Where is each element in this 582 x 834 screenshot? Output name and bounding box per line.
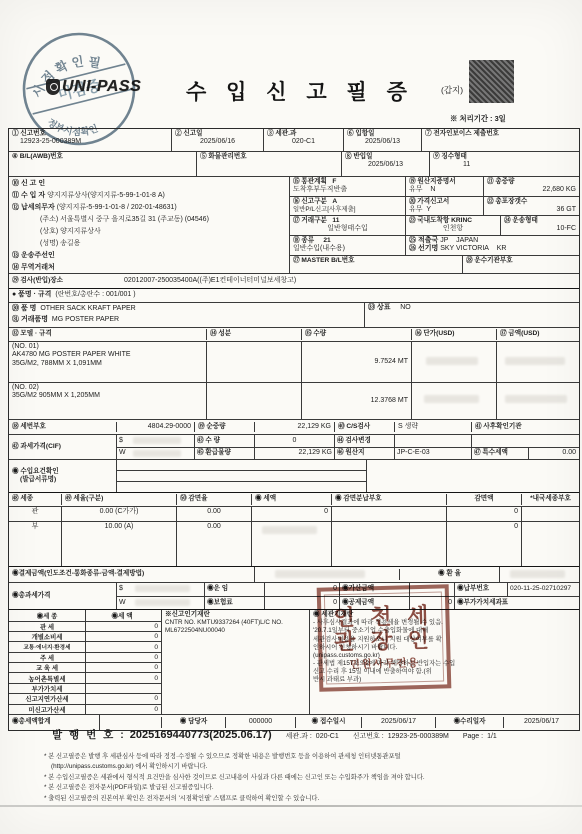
field-cargo-no: ⑤ 화물관리번호 bbox=[196, 152, 341, 176]
col-quantity: ㉟ 수량 bbox=[301, 329, 411, 339]
field-gross-weight: ㉑ 총중량 22,680 KG bbox=[483, 177, 579, 196]
import-requirement-blank bbox=[366, 460, 579, 492]
field-carryin-date: ⑧ 반입일 2025/06/13 bbox=[341, 152, 429, 176]
tax-sums-header: ◉세 종 ◉세 액 bbox=[9, 610, 161, 621]
field-einvoice-no: ⑦ 전자인보이스 제출번호 bbox=[421, 129, 579, 151]
declaration-form: ① 신고번호 12923-25-000389M ② 신고일 2025/06/16… bbox=[8, 128, 580, 731]
unipass-logo: UNI-PASS bbox=[46, 78, 141, 96]
container-no: CNTR NO. KMTU9337264 (40FT)L/C NO. bbox=[165, 619, 306, 627]
tax-sums-notes-row: ◉세 종 ◉세 액 관 세0 개별소비세0 교통·에너지·환경세0 주 세0 교… bbox=[9, 609, 579, 714]
item-row-2: (NO. 02) 35G/M2 905MM X 1,205MM 12.3768 … bbox=[9, 382, 579, 419]
field-decl-no: ① 신고번호 12923-25-000389M bbox=[9, 129, 171, 151]
field-package-count: ㉒ 총포장갯수 36 GT bbox=[483, 197, 579, 216]
redaction-smudge bbox=[262, 526, 317, 534]
clearance-row-1: ⑮ 통관계획 F 도착후부두직반출 ⑲ 원산지증명서 유무 N ㉑ 총중량 22… bbox=[290, 177, 579, 196]
clearance-row-5: ㉗ MASTER B/L번호 ㉘ 운수기관부호 bbox=[290, 255, 579, 273]
processing-time: ※ 처리기간 : 3일 bbox=[450, 113, 506, 124]
vat-code bbox=[331, 522, 446, 566]
col-tax-amount: ◉ 세액 bbox=[251, 494, 331, 504]
field-price-decl: ⑳ 가격신고서 유무 Y bbox=[405, 197, 483, 216]
header-row-2: ④ B/L(AWB)번호 ⑤ 화물관리번호 ⑧ 반입일 2025/06/13 ⑨… bbox=[9, 151, 579, 176]
item-columns-header: ㉜ 모델 · 규격 ㉞ 성분 ㉟ 수량 ㊱ 단가(USD) ㊲ 금액(USD) bbox=[9, 327, 579, 341]
field-brand: ㉝ 상표 NO bbox=[364, 303, 579, 327]
tax-sum-row: 교통·에너지·환경세0 bbox=[9, 641, 161, 651]
issue-line: 발 행 번 호 : 2025169440773(2025.06.17) 세관.과… bbox=[52, 727, 564, 742]
vat-reduced: 0 bbox=[446, 522, 521, 566]
vat-domestic bbox=[521, 522, 579, 566]
issue-customs-value: 020-C1 bbox=[316, 733, 339, 740]
issue-page-value: 1/1 bbox=[487, 733, 497, 740]
item2-model: (NO. 02) 35G/M2 905MM X 1,205MM bbox=[9, 383, 206, 419]
tax-sum-row: 주 세0 bbox=[9, 652, 161, 662]
parties-block: ⑩ 신 고 인 ⑪ 수 입 자 양지지류상사(양지지류-5-99-1-01-8 … bbox=[9, 177, 289, 273]
forwarder-label: ⑬ 운송주선인 bbox=[12, 252, 55, 259]
redaction-smudge bbox=[505, 395, 567, 403]
col-reduction-code: ◉ 감면분납부호 bbox=[331, 494, 446, 504]
inspection-value: 02012007-250035400A((주)E1컨테이너터미널보세창고) bbox=[121, 276, 579, 286]
unipass-shield-icon bbox=[46, 79, 60, 95]
settlement-row: ◉결제금액(인도조건-통화종류-금액-결제방법) ◉ 환 율 bbox=[9, 566, 579, 582]
redaction-smudge bbox=[135, 599, 190, 606]
cs-inspection-value: S 생략 bbox=[394, 422, 471, 432]
lc-no: ML6722504NU00040 bbox=[165, 627, 306, 635]
goods-name-row: ㉚ 품 명 OTHER SACK KRAFT PAPER ㉛ 거래품명 MG P… bbox=[9, 302, 579, 327]
redaction-smudge bbox=[424, 395, 479, 403]
field-decl-type: ⑯ 신고구분 A 일반P/L신고[사후제출] bbox=[290, 197, 405, 216]
col-amount: ㊲ 금액(USD) bbox=[496, 329, 579, 339]
field-clearance-plan: ⑮ 통관계획 F 도착후부두직반출 bbox=[290, 177, 405, 196]
col-ingredient: ㉞ 성분 bbox=[206, 329, 301, 339]
tax-sum-row: 관 세0 bbox=[9, 621, 161, 631]
vat-reduction: 0.00 bbox=[176, 522, 251, 566]
issue-label: 발 행 번 호 : bbox=[52, 727, 126, 742]
duty-kind: 관 bbox=[9, 507, 61, 521]
item2-amount bbox=[496, 383, 579, 419]
clearance-panel: ⑮ 통관계획 F 도착후부두직반출 ⑲ 원산지증명서 유무 N ㉑ 총중량 22… bbox=[289, 177, 579, 273]
clearance-row-4: ⑱ 종류 21 일반수입(내수용) ㉕ 적출국 JP JAPAN ㉖ 선기명 S… bbox=[290, 235, 579, 255]
duty-domestic bbox=[521, 507, 579, 521]
payno-vat-cell: ◉납부번호 020-11-25-02710297 ◉부가가치세과표 bbox=[454, 583, 579, 609]
item-row-1: (NO. 01) AK4780 MG POSTER PAPER WHITE 35… bbox=[9, 341, 579, 382]
cs-inspection-label: ㊵ C/S검사 bbox=[334, 422, 394, 432]
hs-value: 4804.29-0000 bbox=[116, 422, 194, 432]
redaction-smudge bbox=[426, 357, 478, 365]
field-decl-date: ② 신고일 2025/06/16 bbox=[171, 129, 263, 151]
duty-reduction: 0.00 bbox=[176, 507, 251, 521]
footnote-line: * 본 신고필증은 발행 후 세관심사 등에 따라 정정·수정될 수 있으므로 … bbox=[44, 752, 554, 762]
item2-unit-price bbox=[411, 383, 496, 419]
declarant-memo-box: ※신고인기재란 CNTR NO. KMTU9337264 (40FT)L/C N… bbox=[161, 610, 309, 714]
col-tax-rate: ㊾ 세율(구분) bbox=[61, 494, 176, 504]
tax-sum-row: 개별소비세0 bbox=[9, 631, 161, 641]
footnote-line: * 본 수입신고필증은 세관에서 형식적 요건만을 심사한 것이므로 신고내용이… bbox=[44, 773, 554, 783]
issue-number: 2025169440773(2025.06.17) bbox=[130, 729, 272, 741]
import-requirement-grid bbox=[116, 460, 366, 492]
item1-model: (NO. 01) AK4780 MG POSTER PAPER WHITE 35… bbox=[9, 342, 206, 382]
item1-amount bbox=[496, 342, 579, 382]
field-carrier-code: ㉘ 운수기관부호 bbox=[462, 256, 579, 273]
redaction-smudge bbox=[135, 585, 190, 592]
issue-page-label: Page : bbox=[463, 733, 483, 740]
inspection-label: ㉙ 검사(반입)장소 bbox=[9, 276, 121, 286]
parties-clearance-row: ⑩ 신 고 인 ⑪ 수 입 자 양지지류상사(양지지류-5-99-1-01-8 … bbox=[9, 176, 579, 273]
import-declaration-document: 시 점 확 인 필 미검증 정부시점확인 UNI-PASS 수 입 신 고 필 … bbox=[0, 0, 582, 834]
redaction-smudge bbox=[510, 570, 565, 578]
net-weight-value: 22,129 KG bbox=[254, 422, 334, 432]
item1-unit-price bbox=[411, 342, 496, 382]
tax-sum-row: 교 육 세0 bbox=[9, 662, 161, 672]
total-value-row: ◉총과세가격 $ W ◉운 임 ◉보험료 0 0 ◉가산금액 ◉공제금액 bbox=[9, 582, 579, 609]
field-export-country-vessel: ㉕ 적출국 JP JAPAN ㉖ 선기명 SKY VICTORIA KR bbox=[405, 236, 579, 255]
tax-sum-row: 농어촌특별세0 bbox=[9, 672, 161, 682]
vat-amount bbox=[251, 522, 331, 566]
duty-reduced: 0 bbox=[446, 507, 521, 521]
footnote-line: * 본 신고필증은 전자문서(PDF파일)로 발급된 신고필증입니다. bbox=[44, 783, 554, 793]
redaction-smudge bbox=[133, 450, 181, 457]
field-import-kind: ⑱ 종류 21 일반수입(내수용) bbox=[290, 236, 405, 255]
dutiable-value-amounts: $ W bbox=[116, 435, 194, 459]
copy-label: (갑지) bbox=[441, 84, 463, 96]
change-origin-values: JP-C-E-03 bbox=[394, 435, 471, 459]
issue-customs-label: 세관.과 : bbox=[286, 731, 312, 741]
vat-rate: 10.00 (A) bbox=[61, 522, 176, 566]
tax-sum-row: 부가가치세 bbox=[9, 683, 161, 693]
seal-line-2: 관 장 인 bbox=[334, 628, 434, 655]
tax-sum-row: 신고지연가산세0 bbox=[9, 693, 161, 703]
field-coo: ⑲ 원산지증명서 유무 N bbox=[405, 177, 483, 196]
import-requirement-label: ◉ 수입요건확인 (발급서류명) bbox=[9, 460, 116, 492]
corp-label: (상호) bbox=[40, 228, 58, 235]
taxpayer-value: (양지지류-5-99-1-01-8 / 202-01-48631) bbox=[57, 204, 177, 211]
vat-kind: 부 bbox=[9, 522, 61, 566]
redaction-smudge bbox=[133, 437, 181, 444]
dutiable-value-row: ㊷ 과세가격(CIF) $ W ㊸ 수 량 ㊺ 환급물량 0 22,129 KG… bbox=[9, 434, 579, 459]
importer-label: ⑪ 수 입 자 bbox=[12, 192, 45, 199]
address-label: (주소) bbox=[40, 216, 58, 223]
person-value: 송길용 bbox=[60, 240, 80, 247]
inspection-row: ㉙ 검사(반입)장소 02012007-250035400A((주)E1컨테이너… bbox=[9, 273, 579, 288]
clearance-row-2: ⑯ 신고구분 A 일반P/L신고[사후제출] ⑳ 가격신고서 유무 Y ㉒ 총포… bbox=[290, 196, 579, 216]
col-tax-kind: ㊽ 세종 bbox=[9, 494, 61, 504]
redaction-smudge bbox=[505, 357, 565, 365]
exchange-rate-label: ◉ 환 율 bbox=[399, 569, 499, 579]
hs-code-row: ㊳ 세번부호 4804.29-0000 ㊴ 순중량 22,129 KG ㊵ C/… bbox=[9, 419, 579, 434]
taxpayer-label: ⑫ 납세의무자 bbox=[12, 204, 55, 211]
item1-quantity: 9.7524 MT bbox=[301, 342, 411, 382]
goods-names: ㉚ 품 명 OTHER SACK KRAFT PAPER ㉛ 거래품명 MG P… bbox=[9, 303, 364, 327]
barcode-block bbox=[469, 60, 514, 103]
redaction-smudge bbox=[275, 570, 365, 578]
issue-decl-value: 12923-25-000389M bbox=[388, 733, 449, 740]
total-value-amounts: $ W bbox=[116, 583, 204, 609]
partner-label: ⑭ 무역거래처 bbox=[12, 264, 55, 271]
field-trade-type: ⑰ 거래구분 11 일반형태수입 bbox=[290, 216, 405, 235]
page-title: 수 입 신 고 필 증 bbox=[150, 76, 450, 106]
person-label: (성명) bbox=[40, 240, 58, 247]
footnote-line: (http://unipass.customs.go.kr) 에서 확인하시기 … bbox=[44, 762, 554, 772]
exchange-rate-value bbox=[499, 567, 579, 582]
issue-decl-label: 신고번호 : bbox=[353, 731, 384, 741]
field-bl-no: ④ B/L(AWB)번호 bbox=[9, 152, 196, 176]
goods-section-title: ● 품명 · 규격 (란번호/총란수 : 001/001 ) bbox=[9, 290, 579, 300]
duty-amount: 0 bbox=[251, 507, 331, 521]
col-reduced-amount: 감면액 bbox=[446, 494, 521, 504]
col-domestic-tax-code: *내국세종부호 bbox=[521, 494, 579, 504]
settlement-value bbox=[254, 567, 399, 582]
footnotes: * 본 신고필증은 발행 후 세관심사 등에 따라 정정·수정될 수 있으므로 … bbox=[44, 752, 554, 804]
field-transport-type: ㉔ 운송형태 10-FC bbox=[500, 216, 579, 235]
footnote-line: * 출력된 신고필증의 진본여부 확인은 전자문서의 '시점확인필' 스탬프로 … bbox=[44, 794, 554, 804]
total-value-label: ◉총과세가격 bbox=[9, 583, 116, 609]
item1-ingredient bbox=[206, 342, 301, 382]
scan-artifact-line bbox=[0, 805, 582, 807]
declarant-label: ⑩ 신 고 인 bbox=[12, 180, 45, 187]
tax-row-vat: 부 10.00 (A) 0.00 0 bbox=[9, 521, 579, 566]
col-reduction-rate: ㊿ 감면율 bbox=[176, 494, 251, 504]
item2-quantity: 12.3768 MT bbox=[301, 383, 411, 419]
freight-insurance-labels: ◉운 임 ◉보험료 bbox=[204, 583, 264, 609]
clearance-row-3: ⑰ 거래구분 11 일반형태수입 ㉓ 국내도착항 KRINC 인천항 ㉔ 운송형… bbox=[290, 215, 579, 235]
address-value: 서울특별시 중구 을지로35길 31 (주교동) (04546) bbox=[60, 216, 209, 223]
col-unit-price: ㊱ 단가(USD) bbox=[411, 329, 496, 339]
change-origin-labels: ㊹ 검사변경 ㊻ 원산지 bbox=[334, 435, 394, 459]
importer-value: 양지지류상사(양지지류-5-99-1-01-8 A) bbox=[47, 192, 165, 199]
hs-label: ㊳ 세번부호 bbox=[9, 422, 116, 432]
duty-rate: 0.00 (C가가) bbox=[61, 507, 176, 521]
tax-sum-row: 미신고가산세0 bbox=[9, 704, 161, 714]
item2-ingredient bbox=[206, 383, 301, 419]
seal-line-3: 민원사무전용 bbox=[350, 655, 420, 672]
tax-columns-header: ㊽ 세종 ㊾ 세율(구분) ㊿ 감면율 ◉ 세액 ◉ 감면분납부호 감면액 *내… bbox=[9, 492, 579, 506]
post-confirm-agency: ㊶ 사후확인기관 bbox=[471, 422, 579, 432]
field-customs-office: ③ 세관.과 020-C1 bbox=[263, 129, 343, 151]
net-weight-label: ㊴ 순중량 bbox=[194, 422, 254, 432]
goods-section-header: ● 품명 · 규격 (란번호/총란수 : 001/001 ) bbox=[9, 288, 579, 302]
settlement-label: ◉결제금액(인도조건-통화종류-금액-결제방법) bbox=[9, 569, 254, 579]
special-tax-cell: ㊼ 특수세액 0.00 bbox=[471, 435, 579, 459]
qty-refund-values: 0 22,129 KG bbox=[254, 435, 334, 459]
unipass-logo-text: UNI-PASS bbox=[62, 78, 141, 96]
duty-code bbox=[331, 507, 446, 521]
header-row-1: ① 신고번호 12923-25-000389M ② 신고일 2025/06/16… bbox=[9, 129, 579, 151]
field-domestic-port: ㉓ 국내도착항 KRINC 인천항 bbox=[405, 216, 500, 235]
corp-value: 양지지류상사 bbox=[60, 228, 101, 235]
qty-refund-labels: ㊸ 수 량 ㊺ 환급물량 bbox=[194, 435, 254, 459]
tax-sums-table: ◉세 종 ◉세 액 관 세0 개별소비세0 교통·에너지·환경세0 주 세0 교… bbox=[9, 610, 161, 714]
incheon-customs-seal: 인 천 세 관 장 인 민원사무전용 bbox=[317, 584, 452, 691]
col-model: ㉜ 모델 · 규격 bbox=[9, 329, 206, 339]
field-master-bl: ㉗ MASTER B/L번호 bbox=[290, 256, 462, 273]
tax-row-duty: 관 0.00 (C가가) 0.00 0 0 bbox=[9, 506, 579, 521]
field-levy-type: ⑨ 징수형태 11 bbox=[429, 152, 579, 176]
field-arrival-date: ⑥ 입항일 2025/06/13 bbox=[343, 129, 421, 151]
import-requirement-row: ◉ 수입요건확인 (발급서류명) bbox=[9, 459, 579, 492]
dutiable-value-label: ㊷ 과세가격(CIF) bbox=[9, 435, 116, 459]
